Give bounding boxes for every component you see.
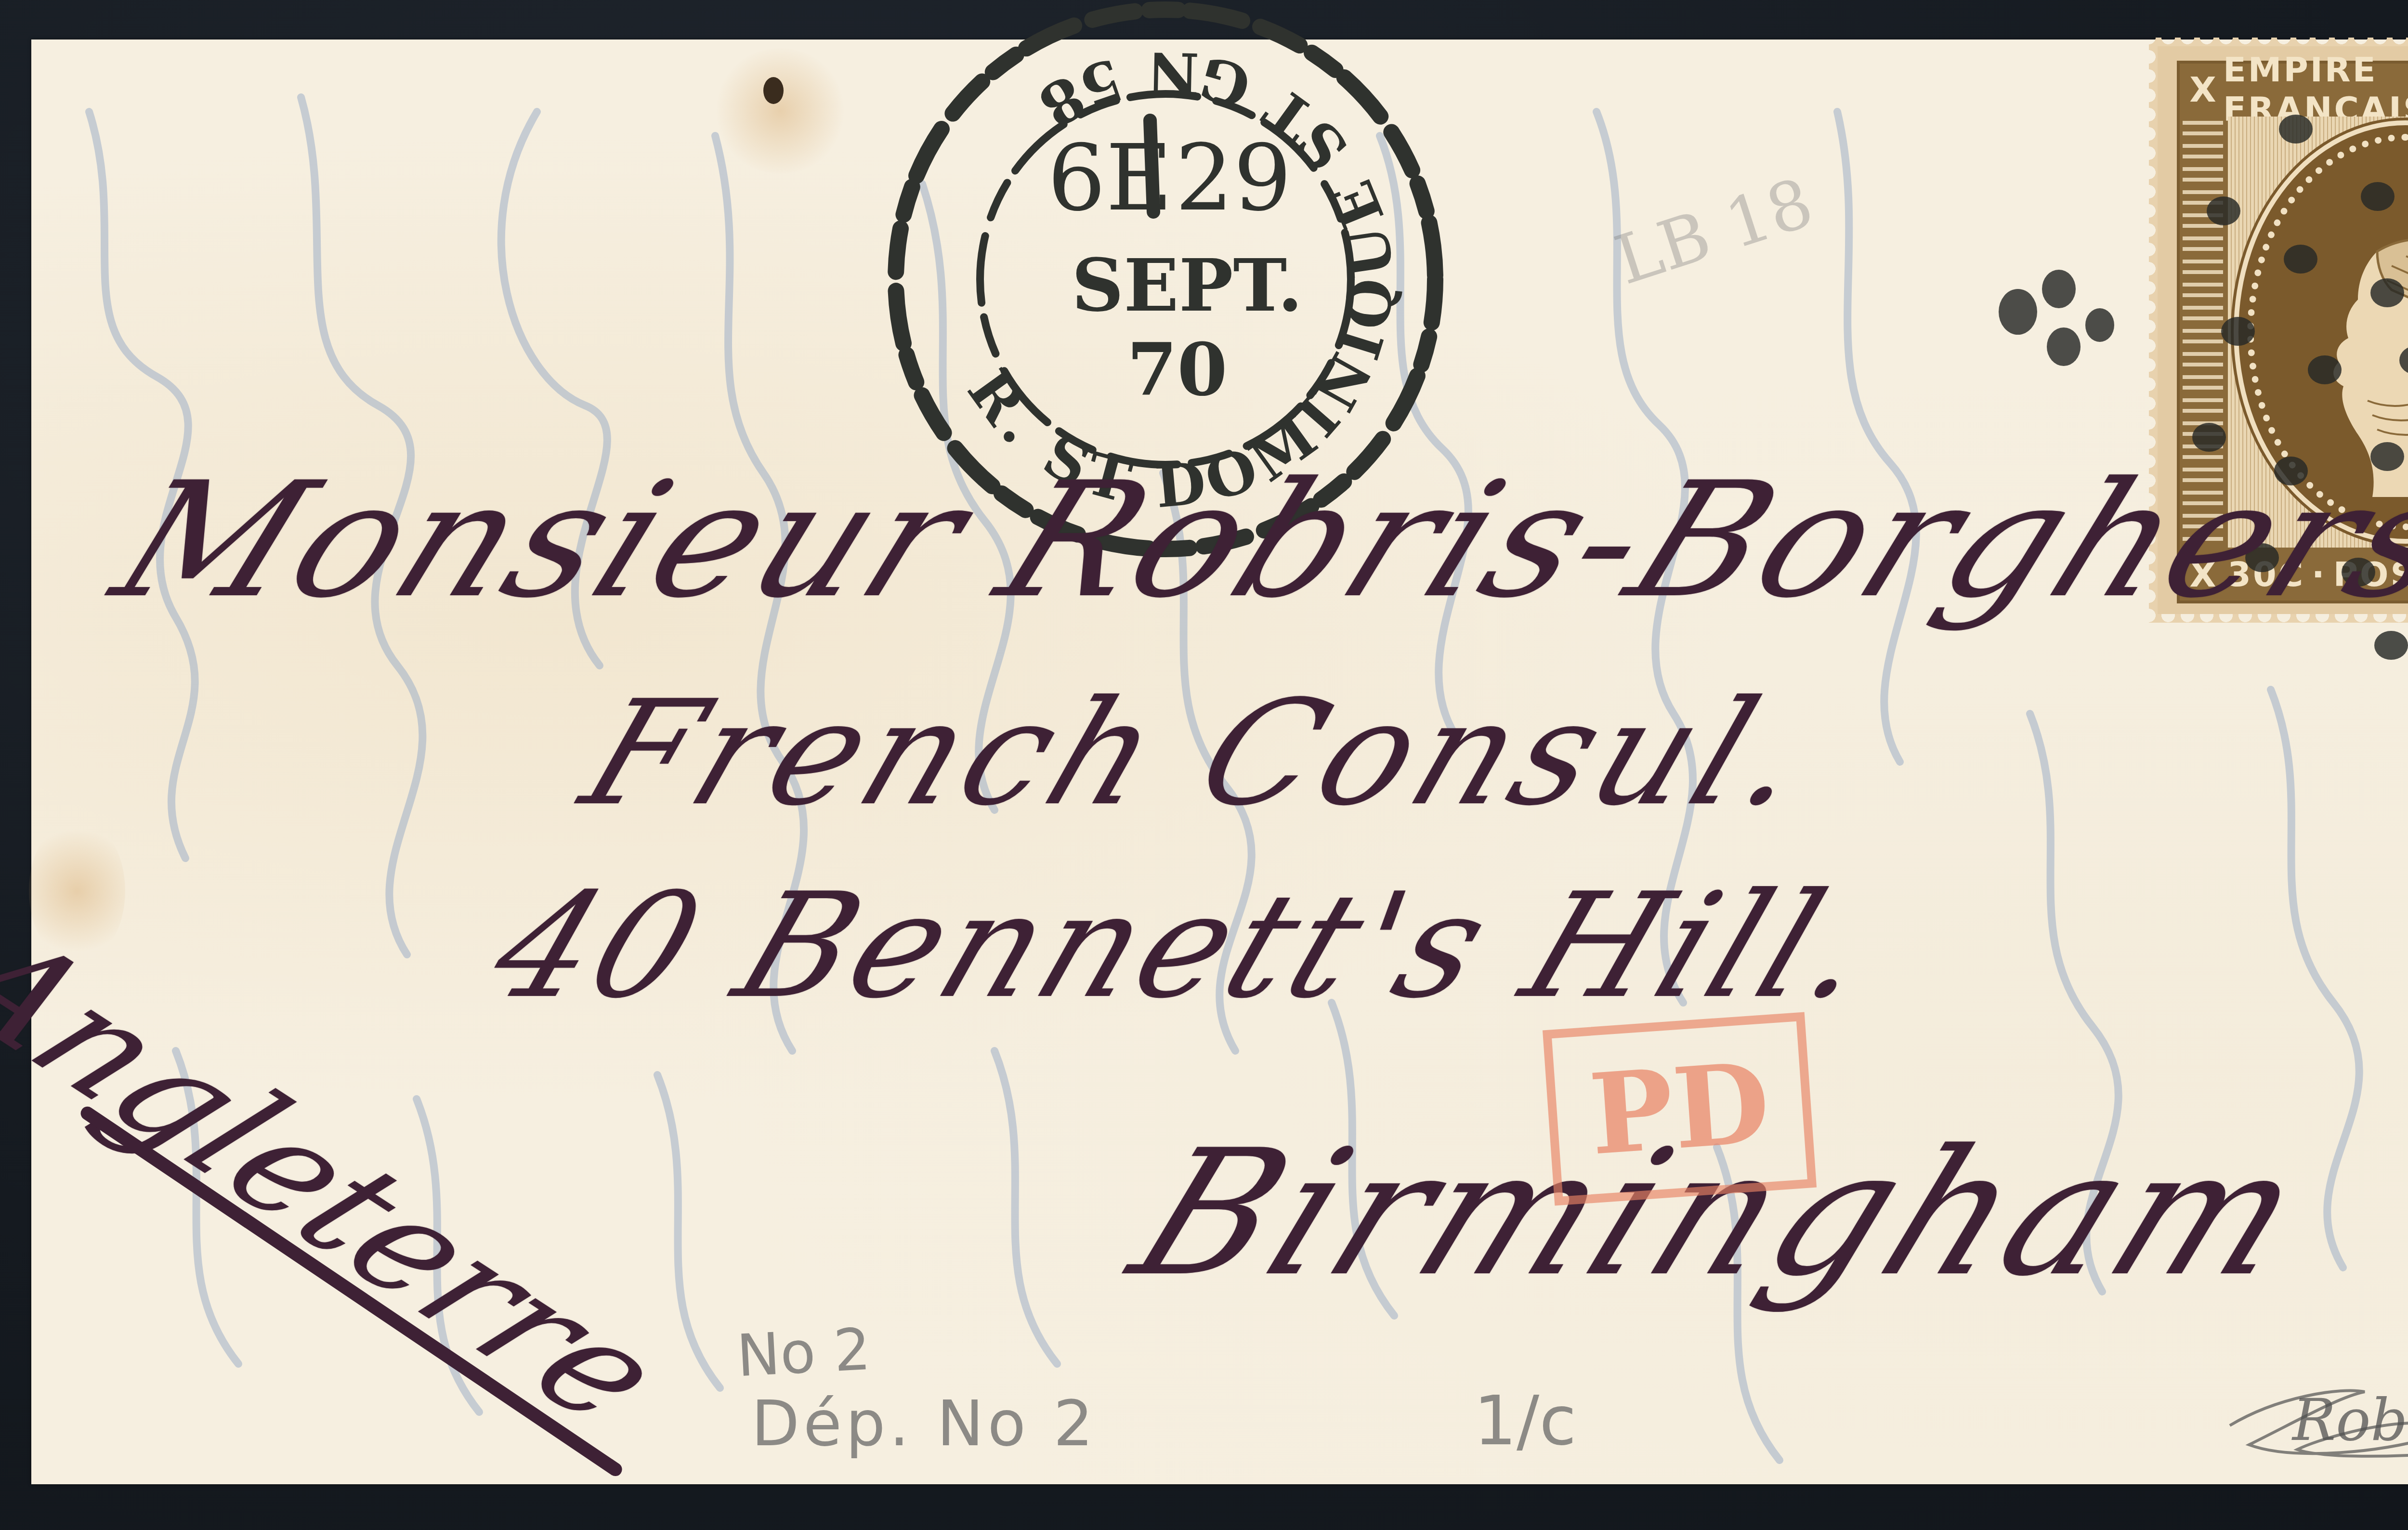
ink-spot [763, 77, 784, 104]
expertizer-signature: Robineau [2292, 1387, 2408, 1454]
address-line-2: French Consul. [563, 669, 1837, 837]
pencil-note-2: Dép. No 2 [751, 1387, 1097, 1460]
pd-paid-mark: PD [1543, 1012, 1817, 1205]
address-line-3: 40 Bennett's Hill. [472, 862, 1899, 1030]
age-stain [713, 48, 848, 173]
pencil-note-1: No 2 [735, 1316, 873, 1390]
postmark-year: 70 [1127, 327, 1228, 412]
dotted-cancellation-cover [1989, 270, 2133, 414]
address-line-1: Monsieur Robris-Borghers [92, 448, 2408, 633]
postmark-month: SEPT. [1072, 243, 1303, 328]
pencil-note-3: 1/c [1474, 1382, 1576, 1461]
postmark-left: 6E [1047, 125, 1173, 231]
